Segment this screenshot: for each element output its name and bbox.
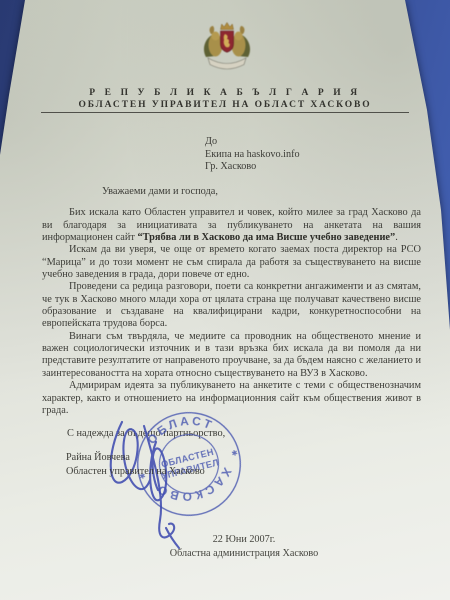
paragraph-4: Винаги съм твърдяла, че медиите са прово…	[42, 331, 421, 380]
paragraph-2: Искам да ви уверя, че още от времето ког…	[42, 244, 421, 281]
signatory-name: Райна Йовчева	[66, 451, 205, 465]
survey-title-quote: “Трябва ли в Хасково да има Висше учебно…	[137, 232, 395, 243]
paragraph-1: Бих искала като Областен управител и чов…	[42, 207, 421, 244]
letterhead-rule	[41, 112, 409, 113]
letter-content: Р Е П У Б Л И К А Б Ъ Л Г А Р И Я ОБЛАСТ…	[0, 0, 450, 600]
letter-date: 22 Юни 2007г.	[128, 533, 360, 547]
letter-footer: 22 Юни 2007г. Областна администрация Хас…	[128, 533, 360, 561]
salutation: Уважаеми дами и господа,	[42, 186, 421, 198]
paragraph-1-end: .	[395, 232, 398, 243]
recipient-to: До	[205, 136, 300, 149]
signatory-title: Областен управител на Хасково	[66, 465, 205, 479]
letter-paper-wrap: Р Е П У Б Л И К А Б Ъ Л Г А Р И Я ОБЛАСТ…	[0, 0, 450, 600]
signatory-block: Райна Йовчева Областен управител на Хаск…	[66, 451, 205, 478]
letterhead: Р Е П У Б Л И К А Б Ъ Л Г А Р И Я ОБЛАСТ…	[15, 88, 435, 113]
recipient-block: До Екипа на haskovo.info Гр. Хасково	[205, 136, 300, 174]
letterhead-country: Р Е П У Б Л И К А Б Ъ Л Г А Р И Я	[15, 88, 435, 98]
paragraph-3: Проведени са редица разговори, поети са …	[42, 281, 421, 330]
letter-paper: Р Е П У Б Л И К А Б Ъ Л Г А Р И Я ОБЛАСТ…	[0, 0, 450, 600]
photo-background: Р Е П У Б Л И К А Б Ъ Л Г А Р И Я ОБЛАСТ…	[0, 0, 450, 600]
letter-organization: Областна администрация Хасково	[128, 547, 360, 561]
letterhead-office: ОБЛАСТЕН УПРАВИТЕЛ НА ОБЛАСТ ХАСКОВО	[15, 100, 435, 110]
recipient-team: Екипа на haskovo.info	[205, 149, 300, 162]
recipient-city: Гр. Хасково	[205, 161, 300, 174]
coat-of-arms-icon	[197, 21, 257, 85]
